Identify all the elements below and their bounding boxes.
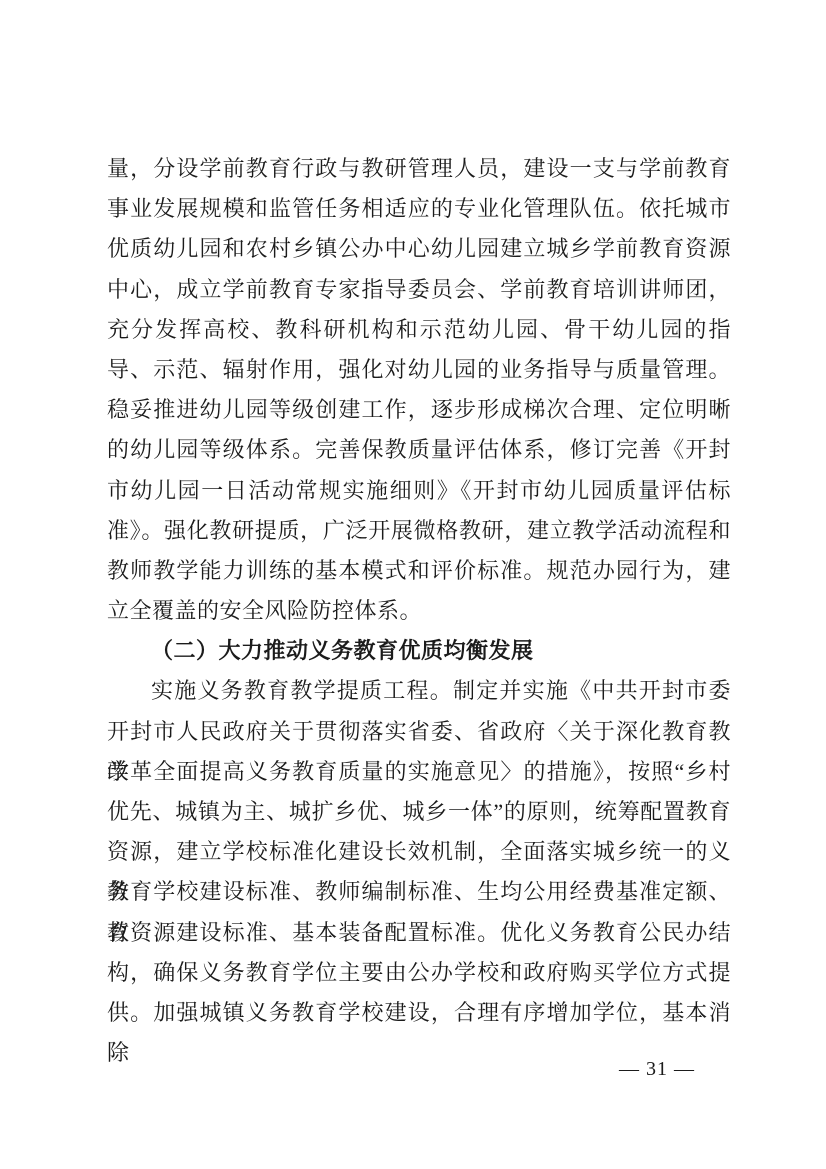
section-heading: （二）大力推动义务教育优质均衡发展 [107, 631, 731, 671]
text-line: 的幼儿园等级体系。完善保教质量评估体系，修订完善《开封 [107, 430, 731, 470]
text-line: 改革全面提高义务教育质量的实施意见〉的措施》，按照“乡村 [107, 752, 731, 792]
text-line: 育资源建设标准、基本装备配置标准。优化义务教育公民办结 [107, 913, 731, 953]
text-line: 开封市人民政府关于贯彻落实省委、省政府〈关于深化教育教学 [107, 712, 731, 752]
text-line: 构，确保义务教育学位主要由公办学校和政府购买学位方式提 [107, 953, 731, 993]
text-line: 教育学校建设标准、教师编制标准、生均公用经费基准定额、教 [107, 872, 731, 912]
text-line: 量，分设学前教育行政与教研管理人员，建设一支与学前教育 [107, 149, 731, 189]
text-line: 优先、城镇为主、城扩乡优、城乡一体”的原则，统筹配置教育 [107, 792, 731, 832]
paragraph-first-line: 实施义务教育教学提质工程。制定并实施《中共开封市委 [107, 671, 731, 711]
document-page: 量，分设学前教育行政与教研管理人员，建设一支与学前教育 事业发展规模和监管任务相… [0, 0, 826, 1169]
text-line: 事业发展规模和监管任务相适应的专业化管理队伍。依托城市 [107, 189, 731, 229]
text-line: 中心，成立学前教育专家指导委员会、学前教育培训讲师团， [107, 270, 731, 310]
text-line: 稳妥推进幼儿园等级创建工作，逐步形成梯次合理、定位明晰 [107, 390, 731, 430]
text-line: 导、示范、辐射作用，强化对幼儿园的业务指导与质量管理。 [107, 350, 731, 390]
text-line: 教师教学能力训练的基本模式和评价标准。规范办园行为，建 [107, 551, 731, 591]
text-line: 供。加强城镇义务教育学校建设，合理有序增加学位，基本消除 [107, 993, 731, 1033]
document-text-block: 量，分设学前教育行政与教研管理人员，建设一支与学前教育 事业发展规模和监管任务相… [107, 149, 731, 1033]
text-line: 资源，建立学校标准化建设长效机制，全面落实城乡统一的义务 [107, 832, 731, 872]
page-number: — 31 — [602, 1055, 712, 1083]
text-line: 优质幼儿园和农村乡镇公办中心幼儿园建立城乡学前教育资源 [107, 229, 731, 269]
text-line: 充分发挥高校、教科研机构和示范幼儿园、骨干幼儿园的指 [107, 310, 731, 350]
text-line: 市幼儿园一日活动常规实施细则》《开封市幼儿园质量评估标 [107, 471, 731, 511]
paragraph-last-line: 立全覆盖的安全风险防控体系。 [107, 591, 731, 631]
text-line: 准》。强化教研提质，广泛开展微格教研，建立教学活动流程和 [107, 511, 731, 551]
